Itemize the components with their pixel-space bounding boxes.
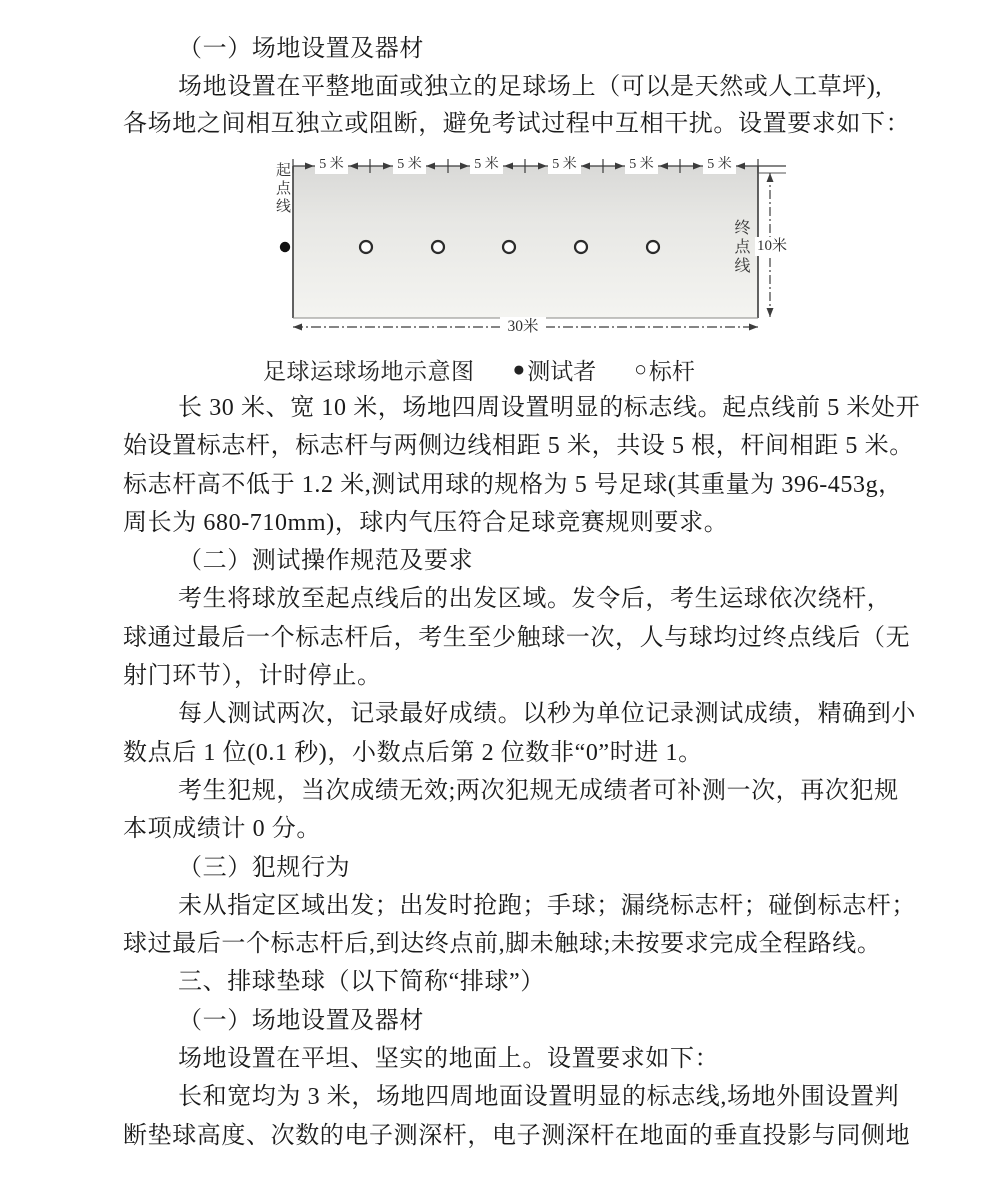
text-line: 球通过最后一个标志杆后，考生至少触球一次，人与球均过终点线后（无	[123, 619, 883, 657]
pole-icon	[360, 241, 372, 253]
length-dim-label: 30米	[500, 317, 546, 337]
text-line: 始设置标志杆，标志杆与两侧边线相距 5 米，共设 5 根，杆间相距 5 米。	[123, 427, 883, 465]
start-line-label: 起点线	[272, 162, 293, 216]
field-diagram-svg	[270, 148, 790, 343]
segment-dim-label: 5 米	[703, 155, 736, 174]
segment-dim-label: 5 米	[315, 155, 348, 174]
legend-tester: ● 测试者	[513, 353, 597, 386]
text-line: 断垫球高度、次数的电子测深杆，电子测深杆在地面的垂直投影与同侧地	[123, 1117, 883, 1155]
text-line: 射门环节），计时停止。	[123, 657, 883, 695]
text-line: 考生将球放至起点线后的出发区域。发令后，考生运球依次绕杆，	[123, 580, 883, 618]
field-diagram: 5 米 5 米 5 米 5 米 5 米 5 米 起点线 终点线 10米 30米	[270, 148, 790, 343]
text-line: 球过最后一个标志杆后,到达终点前,脚未触球;未按要求完成全程路线。	[123, 925, 883, 963]
text-line: 各场地之间相互独立或阻断，避免考试过程中互相干扰。设置要求如下：	[123, 106, 883, 144]
pole-icon	[575, 241, 587, 253]
segment-dim-label: 5 米	[393, 155, 426, 174]
segment-dim-label: 5 米	[548, 155, 581, 174]
text-line: 标志杆高不低于 1.2 米,测试用球的规格为 5 号足球(其重量为 396-45…	[123, 466, 883, 504]
segment-dim-label: 5 米	[625, 155, 658, 174]
heading-line: 三、排球垫球（以下简称“排球”）	[123, 963, 883, 1001]
diagram-caption: 足球运球场地示意图 ● 测试者 ○ 标杆	[263, 352, 695, 386]
heading-line: （二）测试操作规范及要求	[123, 542, 883, 580]
tester-symbol-icon: ●	[513, 357, 526, 382]
text-line: 场地设置在平整地面或独立的足球场上（可以是天然或人工草坪),	[123, 69, 883, 107]
heading-line: （三）犯规行为	[123, 849, 883, 887]
tester-dot-icon	[280, 242, 290, 252]
text-line: 本项成绩计 0 分。	[123, 810, 883, 848]
pole-icon	[503, 241, 515, 253]
text-line: 场地设置在平坦、坚实的地面上。设置要求如下：	[123, 1040, 883, 1078]
legend-tester-label: 测试者	[527, 353, 596, 386]
text-line: 未从指定区域出发；出发时抢跑；手球；漏绕标志杆；碰倒标志杆；	[123, 887, 883, 925]
segment-dim-label: 5 米	[470, 155, 503, 174]
text-line: 长 30 米、宽 10 米，场地四周设置明显的标志线。起点线前 5 米处开	[123, 389, 883, 427]
pole-icon	[432, 241, 444, 253]
text-line: 数点后 1 位(0.1 秒)，小数点后第 2 位数非“0”时进 1。	[123, 734, 883, 772]
legend-pole: ○ 标杆	[634, 353, 695, 386]
height-dim-label: 10米	[755, 237, 789, 256]
text-line: 长和宽均为 3 米，场地四周地面设置明显的标志线,场地外围设置判	[123, 1078, 883, 1116]
legend-pole-label: 标杆	[649, 353, 695, 386]
heading-line: （一）场地设置及器材	[123, 1002, 883, 1040]
pole-icon	[647, 241, 659, 253]
document-page: { "body": { "lines": [ {"text": "（一）场地设置…	[0, 0, 1000, 1190]
pole-symbol-icon: ○	[634, 357, 647, 382]
body-text-block-lower: 长 30 米、宽 10 米，场地四周设置明显的标志线。起点线前 5 米处开 始设…	[123, 389, 883, 1155]
finish-line-label: 终点线	[729, 219, 752, 276]
text-line: 周长为 680-710mm)，球内气压符合足球竞赛规则要求。	[123, 504, 883, 542]
caption-title: 足球运球场地示意图	[263, 353, 475, 386]
text-line: 每人测试两次，记录最好成绩。以秒为单位记录测试成绩，精确到小	[123, 695, 883, 733]
text-line: 考生犯规，当次成绩无效;两次犯规无成绩者可补测一次，再次犯规	[123, 772, 883, 810]
heading-line: （一）场地设置及器材	[123, 31, 883, 69]
body-text-block-upper: （一）场地设置及器材 场地设置在平整地面或独立的足球场上（可以是天然或人工草坪)…	[123, 31, 883, 144]
